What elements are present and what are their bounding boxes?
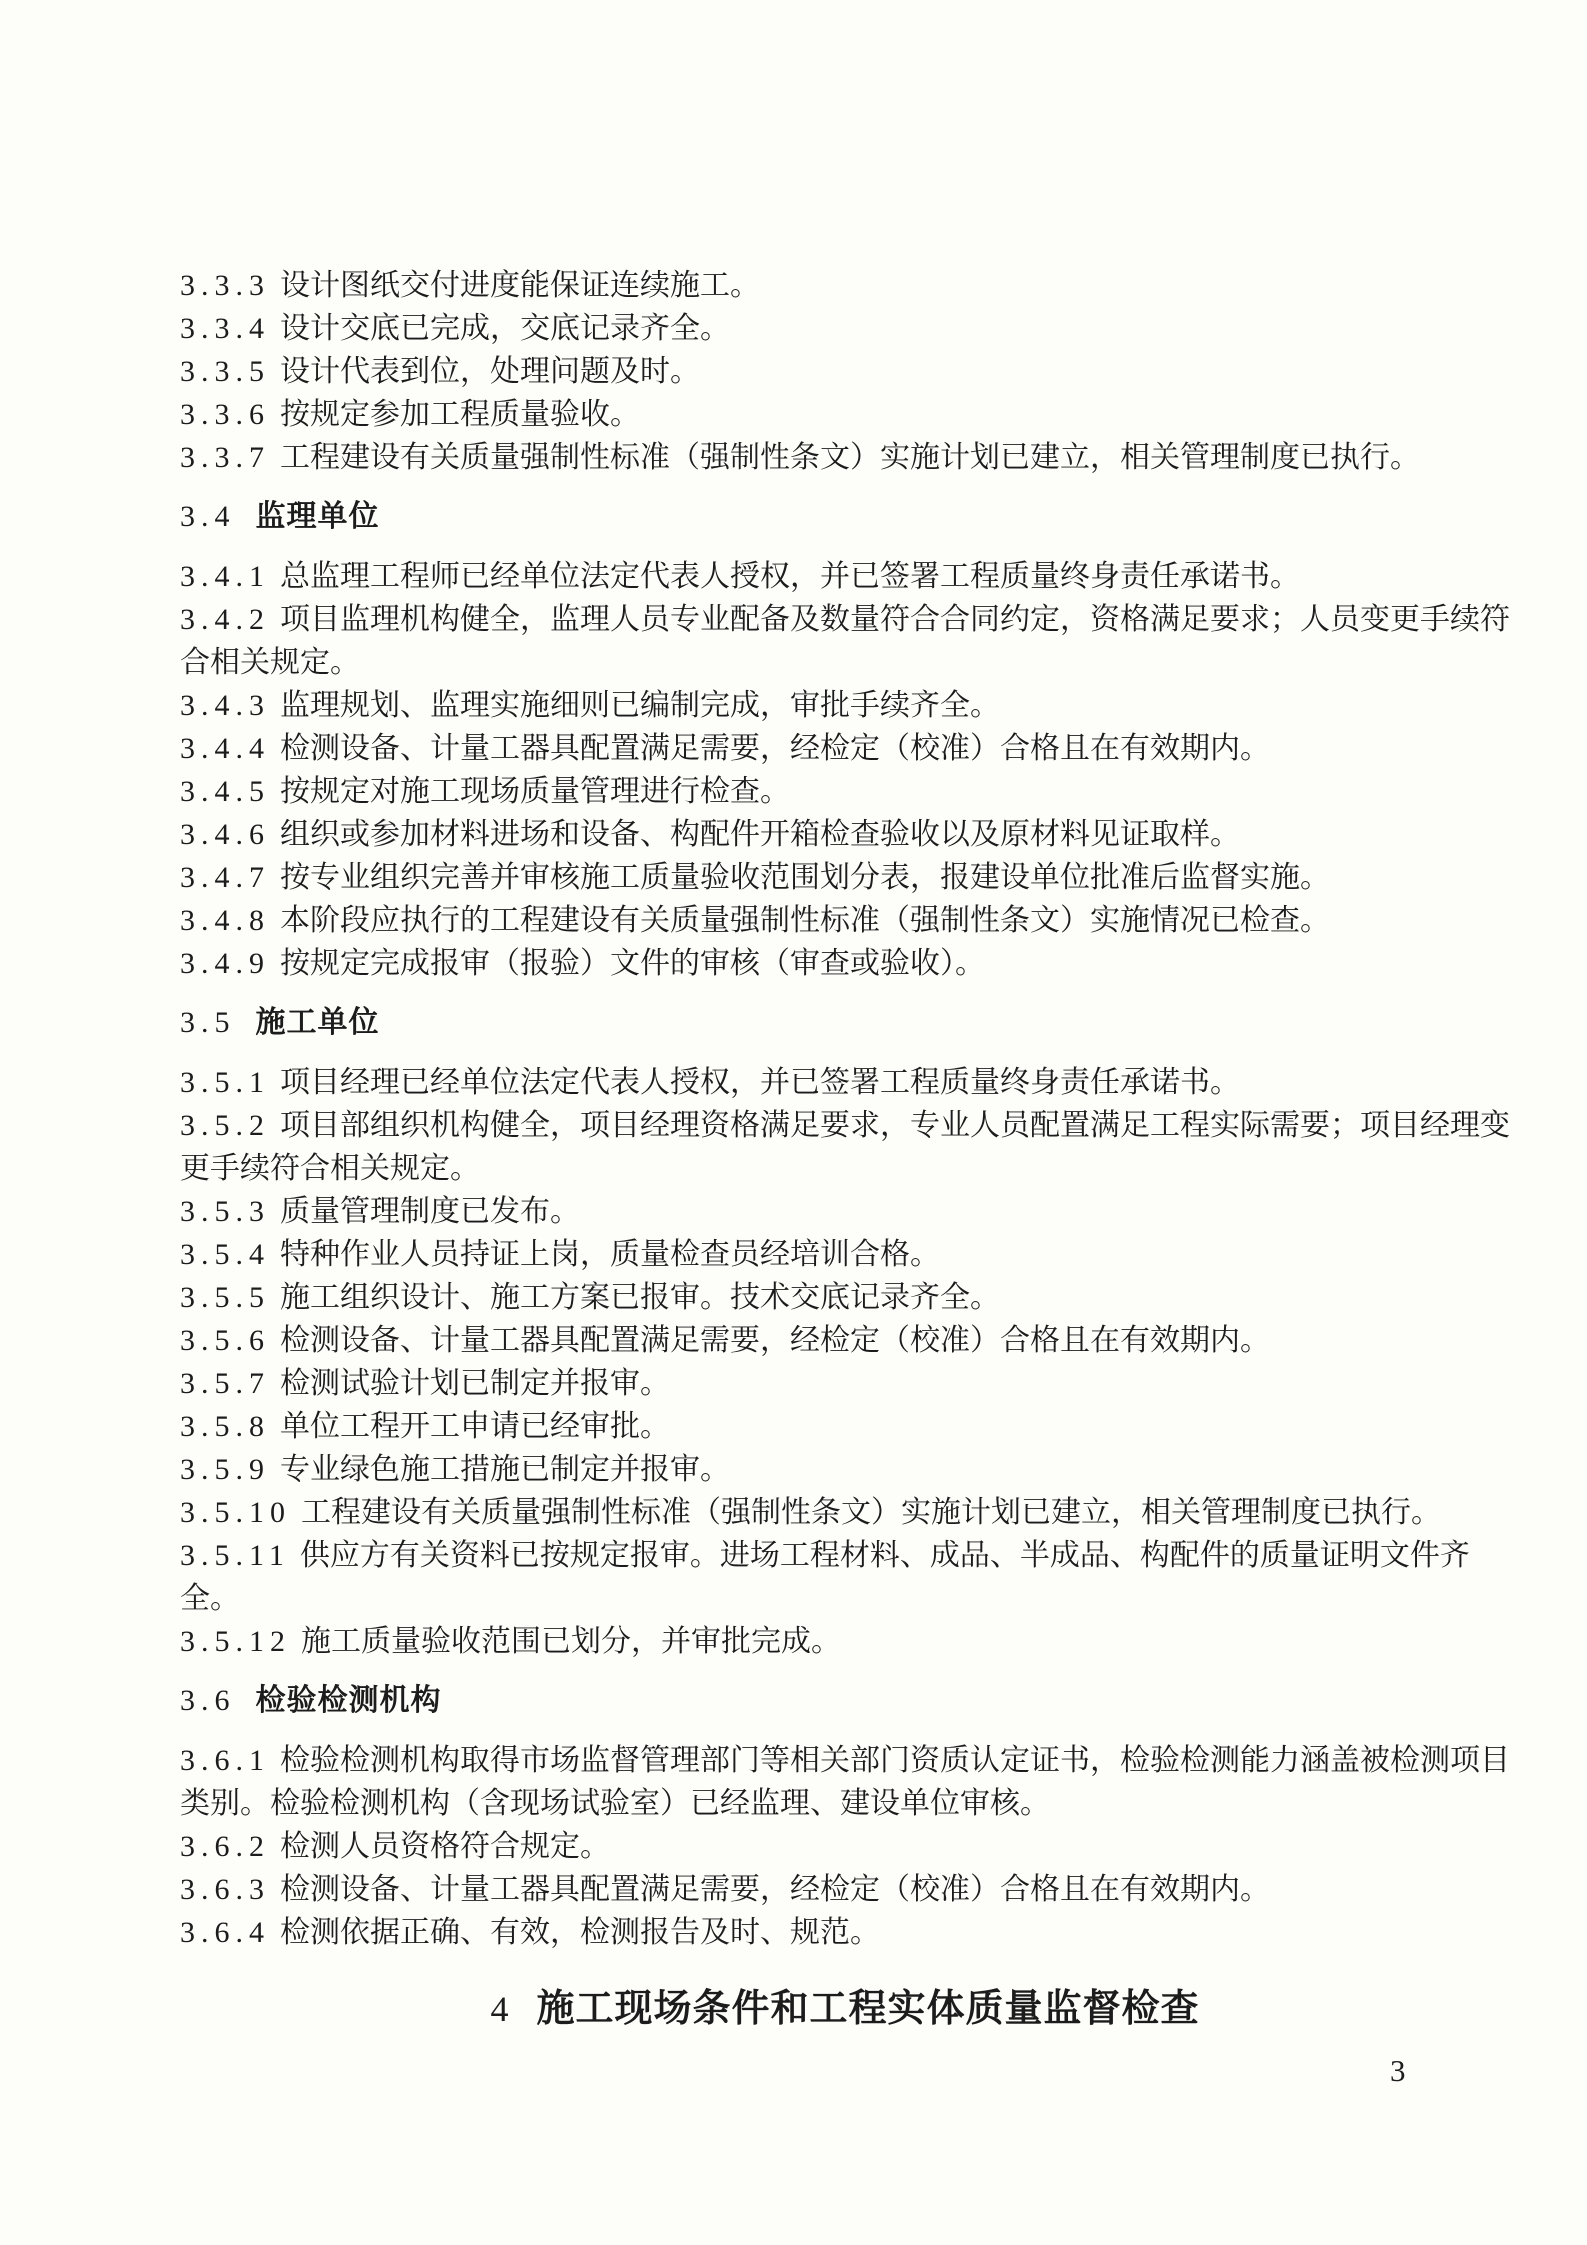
document-body: 3.3.3设计图纸交付进度能保证连续施工。 3.3.4设计交底已完成，交底记录齐… [180, 264, 1510, 2037]
clause-text: 本阶段应执行的工程建设有关质量强制性标准（强制性条文）实施情况已检查。 [280, 904, 1330, 937]
clause-3-5-6: 3.5.6检测设备、计量工器具配置满足需要，经检定（校准）合格且在有效期内。 [180, 1319, 1510, 1362]
clause-number: 3.5.9 [180, 1453, 270, 1486]
clause-text: 项目部组织机构健全，项目经理资格满足要求，专业人员配置满足工程实际需要；项目经理… [180, 1109, 1510, 1185]
clause-text: 质量管理制度已发布。 [280, 1195, 580, 1228]
clause-text: 检测依据正确、有效，检测报告及时、规范。 [280, 1916, 880, 1949]
clause-3-6-2: 3.6.2检测人员资格符合规定。 [180, 1825, 1510, 1868]
clause-3-5-1: 3.5.1项目经理已经单位法定代表人授权，并已签署工程质量终身责任承诺书。 [180, 1061, 1510, 1104]
clause-number: 3.6.4 [180, 1916, 270, 1949]
clause-text: 总监理工程师已经单位法定代表人授权，并已签署工程质量终身责任承诺书。 [280, 560, 1300, 593]
chapter-title: 施工现场条件和工程实体质量监督检查 [536, 1988, 1199, 2030]
section-heading-3-4: 3.4监理单位 [180, 495, 1510, 538]
clause-3-5-9: 3.5.9专业绿色施工措施已制定并报审。 [180, 1448, 1510, 1491]
clause-number: 3.4.9 [180, 947, 270, 980]
clause-text: 供应方有关资料已按规定报审。进场工程材料、成品、半成品、构配件的质量证明文件齐全… [180, 1539, 1470, 1615]
clause-3-4-9: 3.4.9按规定完成报审（报验）文件的审核（审查或验收）。 [180, 942, 1510, 985]
clause-text: 工程建设有关质量强制性标准（强制性条文）实施计划已建立，相关管理制度已执行。 [301, 1496, 1441, 1529]
section-number: 3.5 [180, 1006, 236, 1039]
clause-3-4-2: 3.4.2项目监理机构健全，监理人员专业配备及数量符合合同约定，资格满足要求；人… [180, 598, 1510, 684]
clause-3-4-7: 3.4.7按专业组织完善并审核施工质量验收范围划分表，报建设单位批准后监督实施。 [180, 856, 1510, 899]
clause-text: 检测试验计划已制定并报审。 [280, 1367, 670, 1400]
clause-text: 设计图纸交付进度能保证连续施工。 [280, 269, 760, 302]
clause-number: 3.3.5 [180, 355, 270, 388]
clause-text: 施工质量验收范围已划分，并审批完成。 [301, 1625, 841, 1658]
section-title: 检验检测机构 [256, 1684, 442, 1717]
clause-number: 3.5.10 [180, 1496, 291, 1529]
clause-3-4-3: 3.4.3监理规划、监理实施细则已编制完成，审批手续齐全。 [180, 684, 1510, 727]
clause-3-5-8: 3.5.8单位工程开工申请已经审批。 [180, 1405, 1510, 1448]
clause-3-6-1: 3.6.1检验检测机构取得市场监督管理部门等相关部门资质认定证书，检验检测能力涵… [180, 1739, 1510, 1825]
clause-text: 检测设备、计量工器具配置满足需要，经检定（校准）合格且在有效期内。 [280, 1324, 1270, 1357]
clause-number: 3.5.8 [180, 1410, 270, 1443]
chapter-heading: 4施工现场条件和工程实体质量监督检查 [180, 1981, 1510, 2037]
clause-text: 检测设备、计量工器具配置满足需要，经检定（校准）合格且在有效期内。 [280, 732, 1270, 765]
clause-3-5-5: 3.5.5施工组织设计、施工方案已报审。技术交底记录齐全。 [180, 1276, 1510, 1319]
clause-number: 3.5.5 [180, 1281, 270, 1314]
clause-3-4-6: 3.4.6组织或参加材料进场和设备、构配件开箱检查验收以及原材料见证取样。 [180, 813, 1510, 856]
clause-number: 3.5.7 [180, 1367, 270, 1400]
clause-number: 3.4.6 [180, 818, 270, 851]
clause-3-3-4: 3.3.4设计交底已完成，交底记录齐全。 [180, 307, 1510, 350]
clause-number: 3.3.4 [180, 312, 270, 345]
clause-3-5-4: 3.5.4特种作业人员持证上岗，质量检查员经培训合格。 [180, 1233, 1510, 1276]
section-title: 监理单位 [256, 500, 380, 533]
clause-text: 组织或参加材料进场和设备、构配件开箱检查验收以及原材料见证取样。 [280, 818, 1240, 851]
clause-number: 3.5.12 [180, 1625, 291, 1658]
clause-3-4-4: 3.4.4检测设备、计量工器具配置满足需要，经检定（校准）合格且在有效期内。 [180, 727, 1510, 770]
clause-text: 按规定对施工现场质量管理进行检查。 [280, 775, 790, 808]
clause-text: 单位工程开工申请已经审批。 [280, 1410, 670, 1443]
section-heading-3-5: 3.5施工单位 [180, 1001, 1510, 1044]
clause-number: 3.5.6 [180, 1324, 270, 1357]
clause-number: 3.4.3 [180, 689, 270, 722]
clause-number: 3.3.3 [180, 269, 270, 302]
clause-3-5-11: 3.5.11供应方有关资料已按规定报审。进场工程材料、成品、半成品、构配件的质量… [180, 1534, 1510, 1620]
clause-3-6-3: 3.6.3检测设备、计量工器具配置满足需要，经检定（校准）合格且在有效期内。 [180, 1868, 1510, 1911]
clause-text: 检测设备、计量工器具配置满足需要，经检定（校准）合格且在有效期内。 [280, 1873, 1270, 1906]
chapter-number: 4 [490, 1989, 508, 2029]
clause-number: 3.6.2 [180, 1830, 270, 1863]
clause-number: 3.6.1 [180, 1744, 270, 1777]
clause-number: 3.4.2 [180, 603, 270, 636]
clause-number: 3.5.2 [180, 1109, 270, 1142]
page-number: 3 [1390, 2053, 1406, 2089]
clause-3-5-10: 3.5.10工程建设有关质量强制性标准（强制性条文）实施计划已建立，相关管理制度… [180, 1491, 1510, 1534]
clause-3-4-5: 3.4.5按规定对施工现场质量管理进行检查。 [180, 770, 1510, 813]
clause-number: 3.3.7 [180, 441, 270, 474]
clause-3-4-1: 3.4.1总监理工程师已经单位法定代表人授权，并已签署工程质量终身责任承诺书。 [180, 555, 1510, 598]
clause-text: 项目经理已经单位法定代表人授权，并已签署工程质量终身责任承诺书。 [280, 1066, 1240, 1099]
clause-text: 检验检测机构取得市场监督管理部门等相关部门资质认定证书，检验检测能力涵盖被检测项… [180, 1744, 1510, 1820]
clause-number: 3.4.1 [180, 560, 270, 593]
section-heading-3-6: 3.6检验检测机构 [180, 1679, 1510, 1722]
clause-3-5-3: 3.5.3质量管理制度已发布。 [180, 1190, 1510, 1233]
clause-3-4-8: 3.4.8本阶段应执行的工程建设有关质量强制性标准（强制性条文）实施情况已检查。 [180, 899, 1510, 942]
clause-text: 项目监理机构健全，监理人员专业配备及数量符合合同约定，资格满足要求；人员变更手续… [180, 603, 1510, 679]
clause-text: 设计代表到位，处理问题及时。 [280, 355, 700, 388]
clause-3-6-4: 3.6.4检测依据正确、有效，检测报告及时、规范。 [180, 1911, 1510, 1954]
section-number: 3.6 [180, 1684, 236, 1717]
clause-text: 施工组织设计、施工方案已报审。技术交底记录齐全。 [280, 1281, 1000, 1314]
clause-3-5-7: 3.5.7检测试验计划已制定并报审。 [180, 1362, 1510, 1405]
clause-text: 按规定参加工程质量验收。 [280, 398, 640, 431]
clause-3-3-6: 3.3.6按规定参加工程质量验收。 [180, 393, 1510, 436]
clause-text: 特种作业人员持证上岗，质量检查员经培训合格。 [280, 1238, 940, 1271]
clause-text: 工程建设有关质量强制性标准（强制性条文）实施计划已建立，相关管理制度已执行。 [280, 441, 1420, 474]
clause-number: 3.5.1 [180, 1066, 270, 1099]
clause-text: 按专业组织完善并审核施工质量验收范围划分表，报建设单位批准后监督实施。 [280, 861, 1330, 894]
clause-text: 检测人员资格符合规定。 [280, 1830, 610, 1863]
clause-number: 3.4.7 [180, 861, 270, 894]
clause-3-5-12: 3.5.12施工质量验收范围已划分，并审批完成。 [180, 1620, 1510, 1663]
clause-number: 3.5.11 [180, 1539, 290, 1572]
clause-3-3-7: 3.3.7工程建设有关质量强制性标准（强制性条文）实施计划已建立，相关管理制度已… [180, 436, 1510, 479]
scanned-document-page: { "page": { "number": "3", "background_c… [0, 0, 1587, 2245]
clause-3-5-2: 3.5.2项目部组织机构健全，项目经理资格满足要求，专业人员配置满足工程实际需要… [180, 1104, 1510, 1190]
clause-3-3-3: 3.3.3设计图纸交付进度能保证连续施工。 [180, 264, 1510, 307]
clause-number: 3.6.3 [180, 1873, 270, 1906]
clause-text: 监理规划、监理实施细则已编制完成，审批手续齐全。 [280, 689, 1000, 722]
clause-number: 3.5.4 [180, 1238, 270, 1271]
section-title: 施工单位 [256, 1006, 380, 1039]
clause-number: 3.5.3 [180, 1195, 270, 1228]
clause-number: 3.4.8 [180, 904, 270, 937]
clause-3-3-5: 3.3.5设计代表到位，处理问题及时。 [180, 350, 1510, 393]
clause-text: 按规定完成报审（报验）文件的审核（审查或验收）。 [280, 947, 985, 980]
clause-number: 3.4.4 [180, 732, 270, 765]
section-number: 3.4 [180, 500, 236, 533]
clause-number: 3.4.5 [180, 775, 270, 808]
clause-number: 3.3.6 [180, 398, 270, 431]
clause-text: 设计交底已完成，交底记录齐全。 [280, 312, 730, 345]
clause-text: 专业绿色施工措施已制定并报审。 [280, 1453, 730, 1486]
